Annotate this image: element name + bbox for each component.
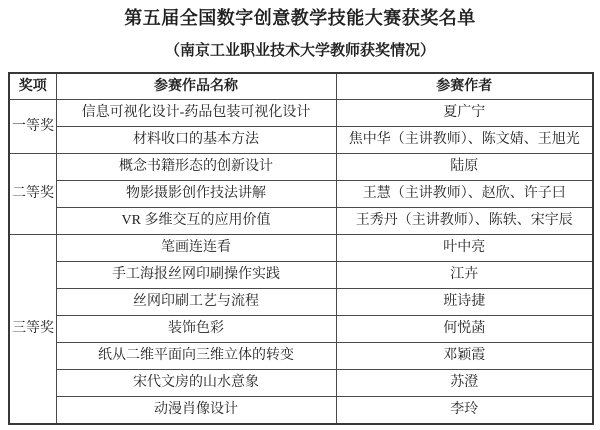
work-cell: VR 多维交互的应用价值 <box>56 208 336 235</box>
work-cell: 动漫肖像设计 <box>56 397 336 425</box>
table-row: 一等奖信息可视化设计-药品包装可视化设计夏广宁 <box>9 100 593 127</box>
column-header-award: 奖项 <box>9 73 56 100</box>
table-row: 手工海报丝网印刷操作实践江卉 <box>9 262 593 289</box>
authors-cell: 何悦菡 <box>336 316 593 343</box>
award-cell: 一等奖 <box>9 100 56 154</box>
table-row: 纸从二维平面向三维立体的转变邓颖霞 <box>9 343 593 370</box>
authors-cell: 焦中华（主讲教师）、陈文婧、王旭光 <box>336 127 593 154</box>
table-row: 动漫肖像设计李玲 <box>9 397 593 425</box>
column-header-work: 参赛作品名称 <box>56 73 336 100</box>
work-cell: 信息可视化设计-药品包装可视化设计 <box>56 100 336 127</box>
authors-cell: 邓颖霞 <box>336 343 593 370</box>
work-cell: 宋代文房的山水意象 <box>56 370 336 397</box>
table-row: 二等奖概念书籍形态的创新设计陆原 <box>9 154 593 181</box>
authors-cell: 苏澄 <box>336 370 593 397</box>
authors-cell: 陆原 <box>336 154 593 181</box>
authors-cell: 李玲 <box>336 397 593 425</box>
award-cell: 三等奖 <box>9 235 56 425</box>
page-title: 第五届全国数字创意教学技能大赛获奖名单 <box>0 7 600 29</box>
work-cell: 手工海报丝网印刷操作实践 <box>56 262 336 289</box>
document-page: 第五届全国数字创意教学技能大赛获奖名单 （南京工业职业技术大学教师获奖情况） 奖… <box>0 0 600 430</box>
authors-cell: 王慧（主讲教师）、赵欣、许子曰 <box>336 181 593 208</box>
work-cell: 纸从二维平面向三维立体的转变 <box>56 343 336 370</box>
page-subtitle: （南京工业职业技术大学教师获奖情况） <box>0 42 600 61</box>
authors-cell: 王秀丹（主讲教师）、陈轶、宋宇辰 <box>336 208 593 235</box>
table-row: 物影摄影创作技法讲解王慧（主讲教师）、赵欣、许子曰 <box>9 181 593 208</box>
authors-cell: 叶中亮 <box>336 235 593 262</box>
column-header-authors: 参赛作者 <box>336 73 593 100</box>
awards-table: 奖项 参赛作品名称 参赛作者 一等奖信息可视化设计-药品包装可视化设计夏广宁材料… <box>8 72 594 425</box>
table-row: VR 多维交互的应用价值王秀丹（主讲教师）、陈轶、宋宇辰 <box>9 208 593 235</box>
award-cell: 二等奖 <box>9 154 56 235</box>
work-cell: 笔画连连看 <box>56 235 336 262</box>
work-cell: 丝网印刷工艺与流程 <box>56 289 336 316</box>
table-row: 宋代文房的山水意象苏澄 <box>9 370 593 397</box>
work-cell: 物影摄影创作技法讲解 <box>56 181 336 208</box>
table-header-row: 奖项 参赛作品名称 参赛作者 <box>9 73 593 100</box>
authors-cell: 江卉 <box>336 262 593 289</box>
work-cell: 材料收口的基本方法 <box>56 127 336 154</box>
table-row: 丝网印刷工艺与流程班诗捷 <box>9 289 593 316</box>
authors-cell: 夏广宁 <box>336 100 593 127</box>
authors-cell: 班诗捷 <box>336 289 593 316</box>
table-row: 装饰色彩何悦菡 <box>9 316 593 343</box>
work-cell: 装饰色彩 <box>56 316 336 343</box>
table-row: 材料收口的基本方法焦中华（主讲教师）、陈文婧、王旭光 <box>9 127 593 154</box>
table-row: 三等奖笔画连连看叶中亮 <box>9 235 593 262</box>
work-cell: 概念书籍形态的创新设计 <box>56 154 336 181</box>
